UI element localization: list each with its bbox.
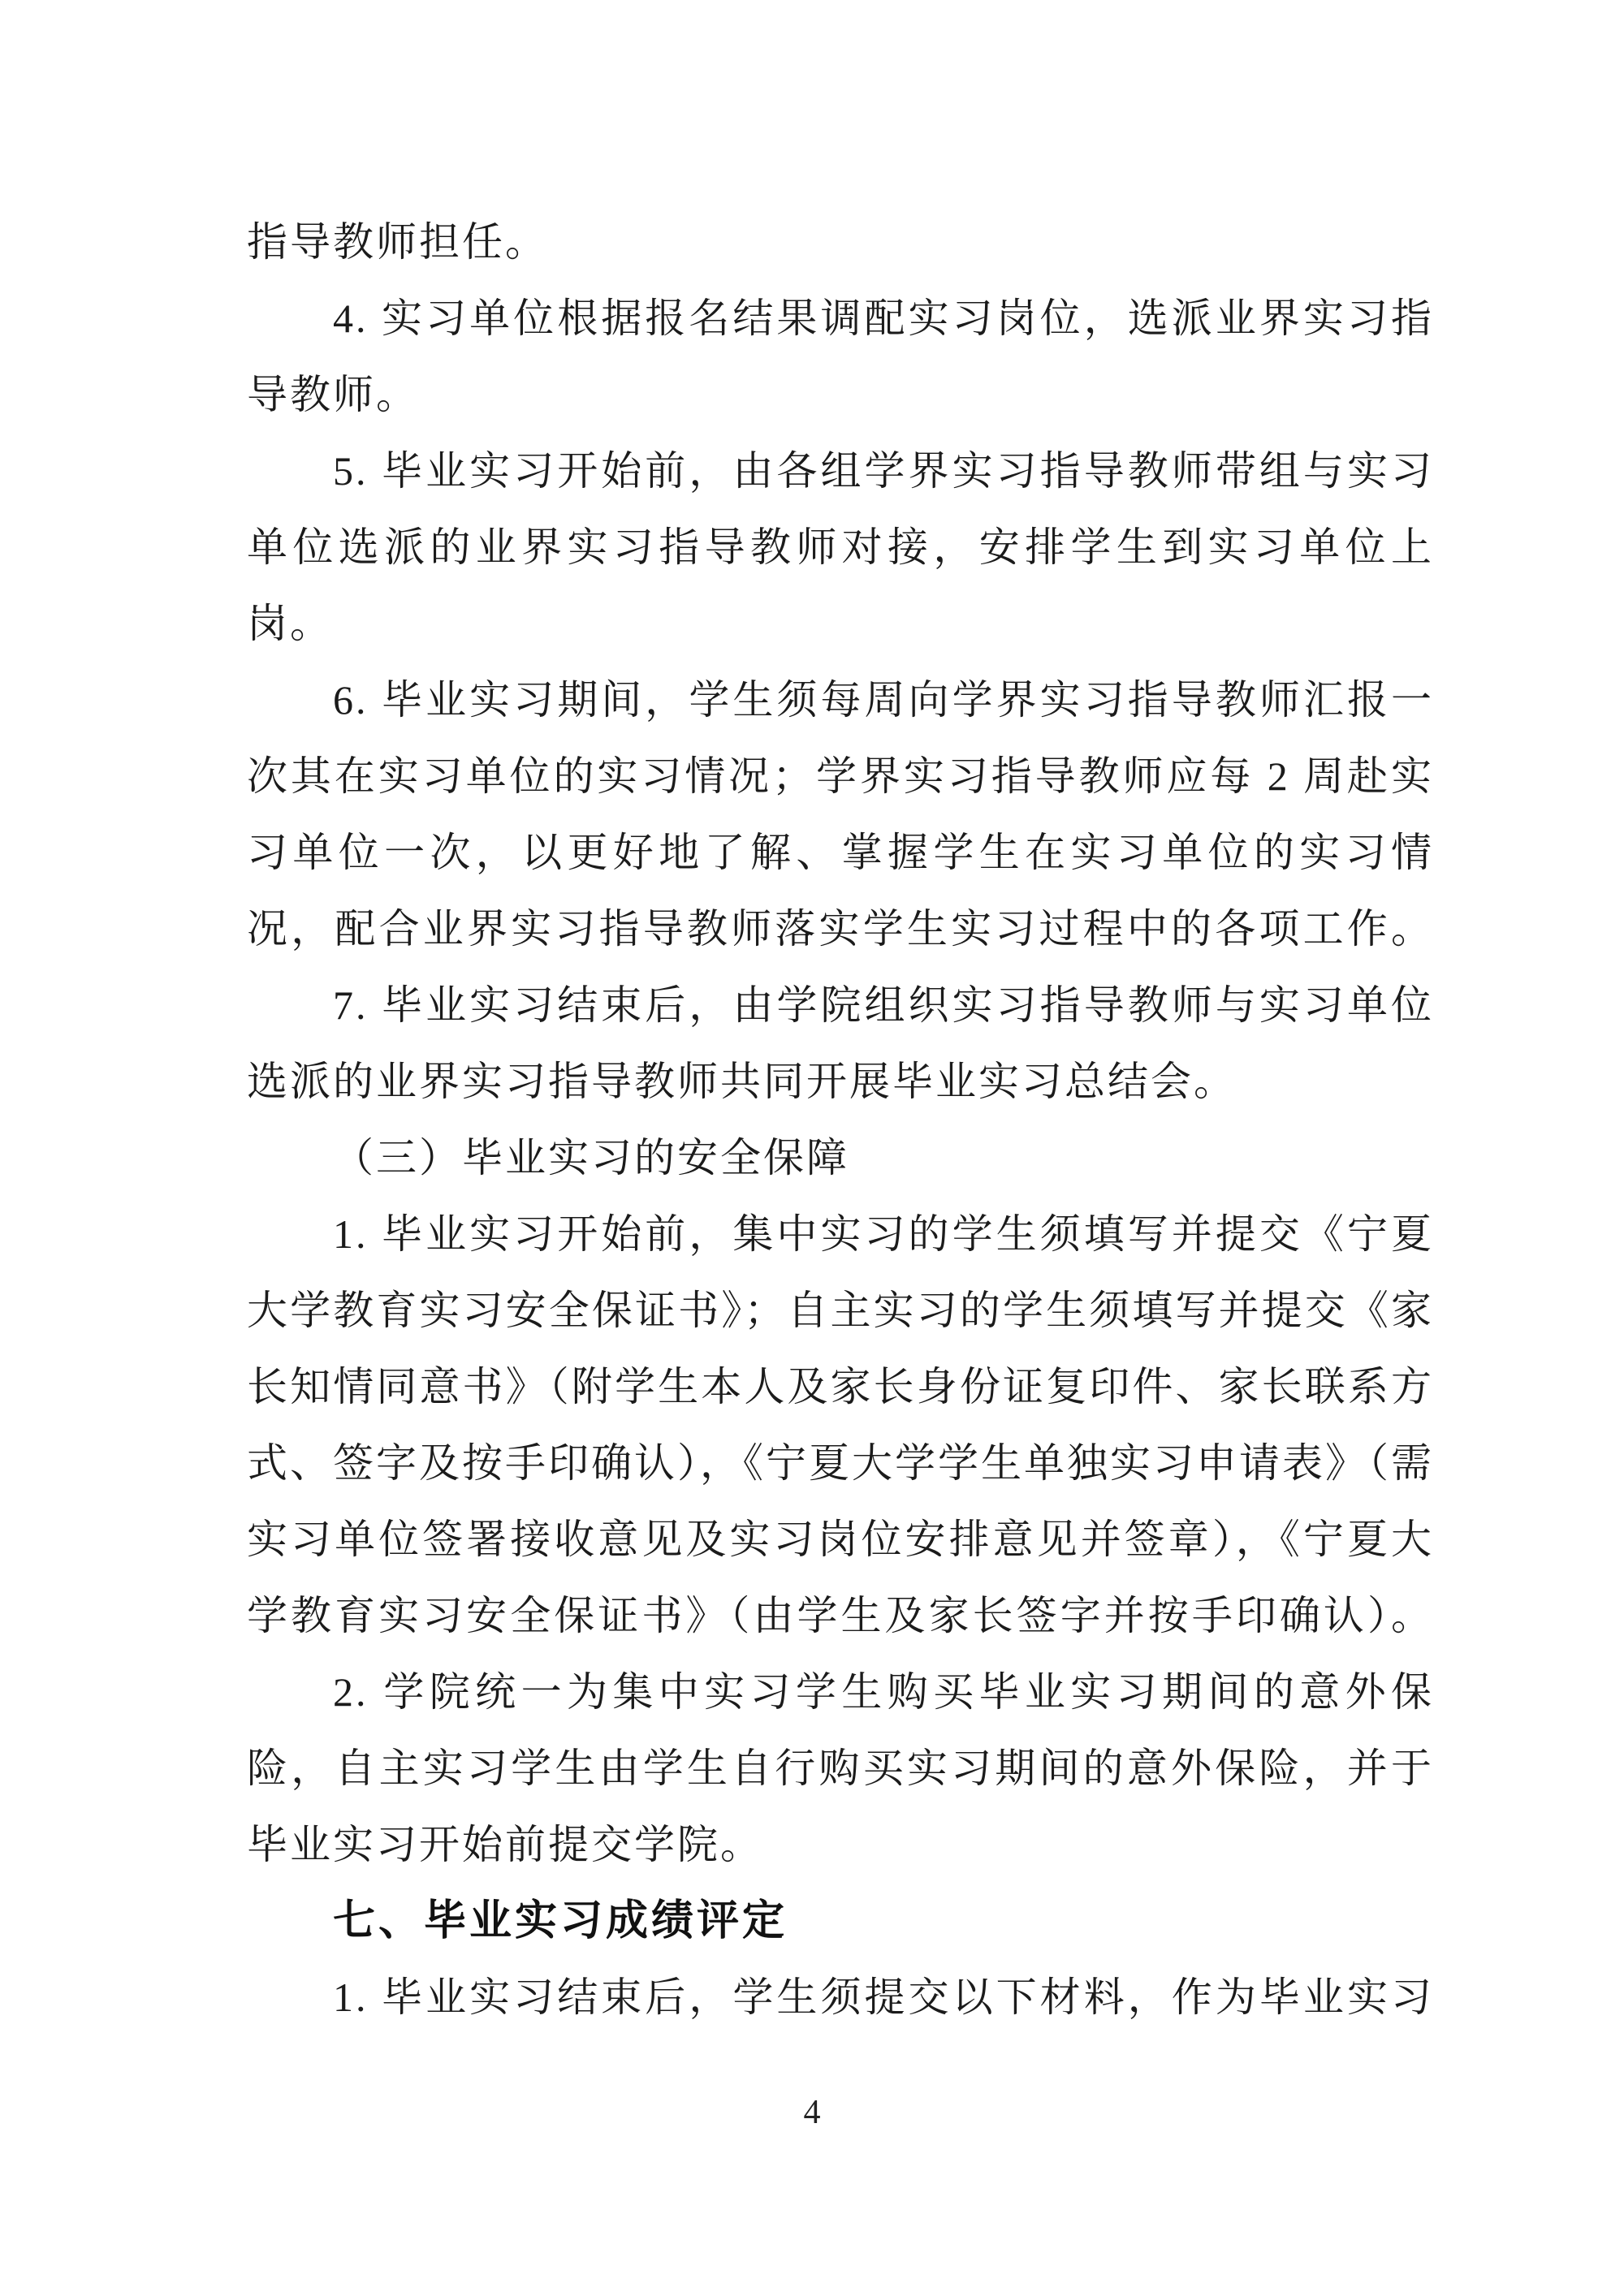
text-line: 大学教育实习安全保证书》；自主实习的学生须填写并提交《家 — [247, 1272, 1434, 1349]
text-line: 次其在实习单位的实习情况；学界实习指导教师应每 2 周赴实 — [247, 738, 1434, 814]
page-number: 4 — [0, 2088, 1624, 2137]
text-line: 学教育实习安全保证书》（由学生及家长签字并按手印确认）。 — [247, 1577, 1434, 1654]
text-line: 实习单位签署接收意见及实习岗位安排意见并签章），《宁夏大 — [247, 1501, 1434, 1577]
text-line: 毕业实习开始前提交学院。 — [247, 1806, 1434, 1883]
text-line: 选派的业界实习指导教师共同开展毕业实习总结会。 — [247, 1043, 1434, 1120]
text-line: 式、签字及按手印确认），《宁夏大学学生单独实习申请表》（需 — [247, 1425, 1434, 1501]
section-heading: 七、毕业实习成绩评定 — [247, 1883, 1434, 1959]
document-page: 指导教师担任。4. 实习单位根据报名结果调配实习岗位，选派业界实习指导教师。5.… — [0, 0, 1624, 2296]
text-line: 导教师。 — [247, 356, 1434, 433]
text-line: 单位选派的业界实习指导教师对接，安排学生到实习单位上 — [247, 509, 1434, 585]
text-line: 况，配合业界实习指导教师落实学生实习过程中的各项工作。 — [247, 891, 1434, 967]
text-line: 险，自主实习学生由学生自行购买实习期间的意外保险，并于 — [247, 1730, 1434, 1806]
text-line: 6. 毕业实习期间，学生须每周向学界实习指导教师汇报一 — [247, 662, 1434, 738]
text-line: 1. 毕业实习开始前，集中实习的学生须填写并提交《宁夏 — [247, 1196, 1434, 1272]
text-line: 2. 学院统一为集中实习学生购买毕业实习期间的意外保 — [247, 1654, 1434, 1730]
text-line: 7. 毕业实习结束后，由学院组织实习指导教师与实习单位 — [247, 967, 1434, 1043]
text-line: 习单位一次，以更好地了解、掌握学生在实习单位的实习情 — [247, 814, 1434, 891]
text-line: 1. 毕业实习结束后，学生须提交以下材料，作为毕业实习 — [247, 1959, 1434, 2035]
text-line: 岗。 — [247, 585, 1434, 662]
text-line: （三）毕业实习的安全保障 — [247, 1120, 1434, 1196]
text-line: 5. 毕业实习开始前，由各组学界实习指导教师带组与实习 — [247, 433, 1434, 509]
text-line: 长知情同意书》（附学生本人及家长身份证复印件、家长联系方 — [247, 1349, 1434, 1425]
text-line: 4. 实习单位根据报名结果调配实习岗位，选派业界实习指 — [247, 280, 1434, 356]
text-line: 指导教师担任。 — [247, 204, 1434, 280]
document-body: 指导教师担任。4. 实习单位根据报名结果调配实习岗位，选派业界实习指导教师。5.… — [247, 204, 1434, 2035]
